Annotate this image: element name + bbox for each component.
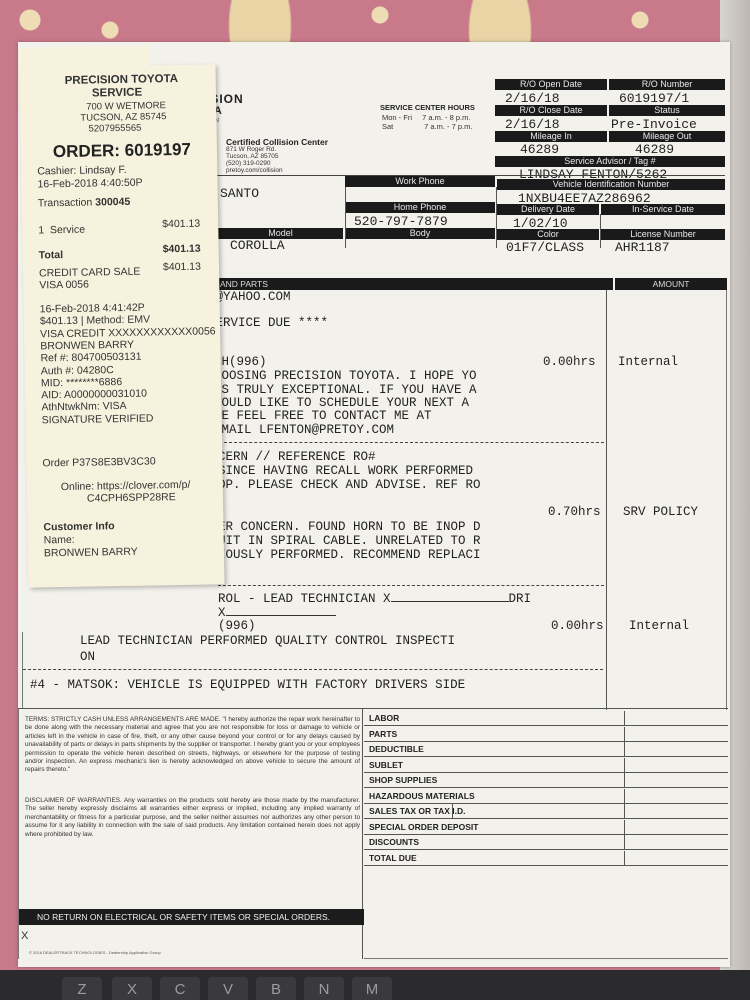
totals-label: PARTS: [369, 729, 397, 739]
color-value: 01F7/CLASS: [506, 240, 584, 255]
hours-days: Mon - Fri: [382, 113, 412, 122]
home-phone: 520-797-7879: [354, 214, 448, 229]
hours-time: 7 a.m. - 7 p.m.: [424, 122, 472, 131]
transaction-label: Transaction: [38, 197, 93, 210]
key-c: C: [160, 977, 200, 1000]
receipt-order-number: ORDER: 6019197: [53, 140, 191, 162]
license-label: License Number: [601, 229, 725, 240]
key-b: B: [256, 977, 296, 1000]
key-m: M: [352, 977, 392, 1000]
customer-info-label: Customer Info: [43, 520, 114, 533]
line1-text-1: HOOSING PRECISION TOYOTA. I HOPE YO: [214, 369, 477, 383]
mileage-out-label: Mileage Out: [609, 131, 725, 142]
terms-section: TERMS: STRICTLY CASH UNLESS ARRANGEMENTS…: [18, 709, 363, 959]
line2-detail-2: UIT IN SPIRAL CABLE. UNRELATED TO R: [218, 534, 481, 548]
totals-row: SHOP SUPPLIES: [364, 773, 728, 788]
receipt-online-code: C4CPH6SPP28RE: [87, 491, 176, 505]
mileage-in-label: Mileage In: [495, 131, 607, 142]
receipt-order-id: Order P37S8E3BV3C30: [42, 455, 155, 469]
line3-header: ROL - LEAD TECHNICIAN XDRI: [218, 591, 531, 606]
totals-amount-cell: [624, 835, 728, 850]
line2-text-3: OP. PLEASE CHECK AND ADVISE. REF RO: [218, 478, 481, 492]
line1-text-2: AS TRULY EXCEPTIONAL. IF YOU HAVE A: [214, 383, 477, 397]
ro-number-label: R/O Number: [609, 79, 725, 90]
key-n: N: [304, 977, 344, 1000]
totals-label: SHOP SUPPLIES: [369, 775, 437, 785]
line3-dri: DRI: [509, 592, 532, 606]
line1-text-4: SE FEEL FREE TO CONTACT ME AT: [214, 409, 432, 423]
collision-address-2: Tucson, AZ 85705: [226, 153, 283, 160]
item-name: Service: [50, 224, 85, 237]
totals-row: SPECIAL ORDER DEPOSIT: [364, 820, 728, 835]
terms-text: TERMS: STRICTLY CASH UNLESS ARRANGEMENTS…: [25, 716, 360, 775]
color-label: Color: [497, 229, 599, 240]
vin-label: Vehicle Identification Number: [497, 179, 725, 190]
hours-title: SERVICE CENTER HOURS: [380, 103, 475, 112]
delivery-date-label: Delivery Date: [497, 204, 599, 215]
body-label: Body: [345, 228, 495, 239]
transaction-number: 300045: [95, 196, 130, 209]
line2-detail-1: ER CONCERN. FOUND HORN TO BE INOP D: [218, 520, 481, 534]
disclaimer-text: DISCLAIMER OF WARRANTIES. Any warranties…: [25, 797, 360, 839]
line3-x-text: X: [218, 606, 226, 620]
license-value: AHR1187: [615, 240, 670, 255]
totals-amount-cell: [624, 773, 728, 788]
receipt-address-2: TUCSON, AZ 85745: [80, 111, 166, 124]
receipt-card: VISA 0056: [39, 279, 89, 292]
item-price: $401.13: [162, 218, 200, 231]
line3-header-text: ROL - LEAD TECHNICIAN X: [218, 592, 391, 606]
receipt-payment-amount: $401.13: [163, 261, 201, 274]
totals-row: PARTS: [364, 727, 728, 742]
ro-open-date: 2/16/18: [505, 91, 560, 106]
collision-address-1: 871 W Roger Rd.: [226, 146, 283, 153]
hours-days: Sat: [382, 122, 422, 131]
receipt-datetime: 16-Feb-2018 4:40:50P: [37, 177, 142, 191]
line1-hours: 0.00hrs: [543, 355, 596, 369]
payment-detail-line: SIGNATURE VERIFIED: [42, 412, 154, 426]
line1-text-3: WOULD LIKE TO SCHEDULE YOUR NEXT A: [214, 396, 469, 410]
key-z: Z: [62, 977, 102, 1000]
customer-email: Y@YAHOO.COM: [208, 290, 291, 304]
key-v: V: [208, 977, 248, 1000]
signature-x: X: [21, 930, 28, 942]
totals-amount-cell: [624, 789, 728, 804]
customer-name: BRONWEN BARRY: [44, 546, 138, 560]
line4-text: #4 - MATSOK: VEHICLE IS EQUIPPED WITH FA…: [30, 678, 465, 692]
signature-line: [226, 605, 336, 616]
line1-text-5: EMAIL LFENTON@PRETOY.COM: [214, 423, 394, 437]
line3-x: X: [218, 605, 336, 620]
totals-row: DISCOUNTS: [364, 835, 728, 850]
service-due-line: SERVICE DUE ****: [208, 316, 328, 330]
totals-label: DEDUCTIBLE: [369, 744, 424, 754]
key-x: X: [112, 977, 152, 1000]
totals-table: LABORPARTSDEDUCTIBLESUBLETSHOP SUPPLIESH…: [364, 711, 728, 871]
payment-detail-line: Auth #: 04280C: [41, 364, 114, 377]
totals-label: HAZARDOUS MATERIALS: [369, 791, 475, 801]
totals-row: SALES TAX OR TAX I.D.: [364, 804, 728, 819]
no-return-banner: NO RETURN ON ELECTRICAL OR SAFETY ITEMS …: [19, 909, 364, 925]
totals-row: LABOR: [364, 711, 728, 726]
payment-detail-line: VISA CREDIT XXXXXXXXXXXX0056: [40, 325, 216, 340]
line3-amount: Internal: [629, 619, 689, 633]
collision-phone: (520) 319-0290: [226, 160, 283, 167]
mileage-in: 46289: [520, 142, 559, 157]
receipt-item: 1 Service: [38, 224, 85, 237]
hours-saturday: Sat 7 a.m. - 7 p.m.: [382, 122, 472, 131]
status-label: Status: [609, 105, 725, 116]
vehicle-info-grid: SANTO Work Phone Vehicle Identification …: [208, 175, 725, 247]
line2-text-1: CERN // REFERENCE RO#: [218, 450, 376, 464]
line1-amount: Internal: [618, 355, 678, 369]
customer-name-label: Name:: [44, 534, 75, 547]
home-phone-label: Home Phone: [345, 202, 495, 213]
receipt-business-name-1: PRECISION TOYOTA: [65, 73, 179, 87]
payment-detail-line: AthNtwkNm: VISA: [41, 400, 126, 413]
in-service-date-label: In-Service Date: [601, 204, 725, 215]
totals-row: TOTAL DUE: [364, 851, 728, 866]
line2-text-2: SINCE HAVING RECALL WORK PERFORMED: [218, 464, 473, 478]
payment-receipt: PRECISION TOYOTA SERVICE 700 W WETMORE T…: [19, 64, 224, 587]
totals-label: SUBLET: [369, 760, 403, 770]
collision-web: pretoy.com/collision: [226, 167, 283, 174]
collision-info: 871 W Roger Rd. Tucson, AZ 85705 (520) 3…: [226, 146, 283, 174]
receipt-phone: 5207955565: [88, 123, 141, 135]
totals-row: DEDUCTIBLE: [364, 742, 728, 757]
copyright: © 2016 DEALERTRACK TECHNOLOGIES - Dealer…: [29, 950, 161, 955]
item-qty: 1: [38, 224, 44, 236]
line1-header: CH(996): [214, 355, 267, 369]
totals-row: SUBLET: [364, 758, 728, 773]
totals-label: TOTAL DUE: [369, 853, 417, 863]
customer-name-partial: SANTO: [220, 186, 259, 201]
totals-label: DISCOUNTS: [369, 837, 419, 847]
work-phone-label: Work Phone: [345, 176, 495, 187]
receipt-total-value: $401.13: [163, 243, 201, 256]
line2-detail-3: IOUSLY PERFORMED. RECOMMEND REPLACI: [218, 548, 481, 562]
totals-label: LABOR: [369, 713, 399, 723]
line3-text-2: ON: [80, 650, 95, 664]
signature-line: [391, 591, 509, 602]
payment-detail-line: AID: A0000000031010: [41, 388, 147, 402]
totals-amount-cell: [624, 742, 728, 757]
mileage-out: 46289: [635, 142, 674, 157]
receipt-transaction: Transaction 300045: [38, 196, 131, 210]
receipt-payment-type: CREDIT CARD SALE: [39, 266, 141, 280]
totals-row: HAZARDOUS MATERIALS: [364, 789, 728, 804]
receipt-total-label: Total: [39, 249, 64, 261]
receipt-payment-details: 16-Feb-2018 4:41:42P$401.13 | Method: EM…: [40, 300, 220, 303]
ro-close-date: 2/16/18: [505, 117, 560, 132]
ro-open-date-label: R/O Open Date: [495, 79, 607, 90]
line3-hours: 0.00hrs: [551, 619, 604, 633]
line2-hours: 0.70hrs: [548, 505, 601, 519]
totals-amount-cell: [624, 758, 728, 773]
receipt-business-name-2: SERVICE: [92, 87, 142, 100]
totals-amount-cell: [624, 804, 728, 819]
totals-amount-cell: [624, 711, 728, 726]
payment-detail-line: MID: ********6886: [41, 376, 122, 389]
line3-text-1: LEAD TECHNICIAN PERFORMED QUALITY CONTRO…: [80, 634, 455, 648]
totals-amount-cell: [624, 727, 728, 742]
status-value: Pre-Invoice: [611, 117, 697, 132]
totals-label: SPECIAL ORDER DEPOSIT: [369, 822, 478, 832]
amount-header: AMOUNT: [615, 278, 727, 290]
advisor-label: Service Advisor / Tag #: [495, 156, 725, 167]
line3-code: (996): [218, 619, 256, 633]
payment-detail-line: Ref #: 804700503131: [40, 351, 141, 365]
hours-weekday: Mon - Fri 7 a.m. - 8 p.m.: [382, 113, 470, 122]
model-value: COROLLA: [230, 238, 285, 253]
labor-parts-header: AND PARTS: [208, 278, 613, 290]
receipt-cashier: Cashier: Lindsay F.: [37, 164, 126, 178]
totals-amount-cell: [624, 820, 728, 835]
ro-number: 6019197/1: [619, 91, 689, 106]
totals-amount-cell: [624, 851, 728, 866]
ro-close-date-label: R/O Close Date: [495, 105, 607, 116]
line2-amount: SRV POLICY: [623, 505, 698, 519]
hours-time: 7 a.m. - 8 p.m.: [422, 113, 470, 122]
